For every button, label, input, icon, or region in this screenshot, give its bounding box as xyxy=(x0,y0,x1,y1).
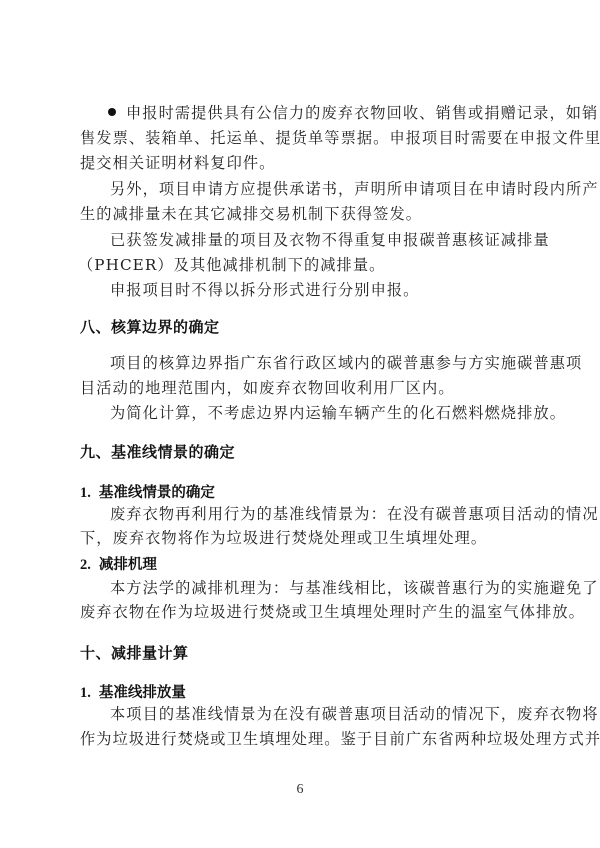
paragraph-line: 申报项目时不得以拆分形式进行分别申报。 xyxy=(110,280,520,300)
paragraph-line: 废弃衣物再利用行为的基准线情景为：在没有碳普惠项目活动的情况 xyxy=(110,504,520,524)
paragraph-line: 本项目的基准线情景为在没有碳普惠项目活动的情况下，废弃衣物将 xyxy=(110,704,520,724)
section-heading: 十、减排量计算 xyxy=(80,642,189,663)
section-heading: 九、基准线情景的确定 xyxy=(80,441,235,462)
paragraph-line: 已获签发减排量的项目及衣物不得重复申报碳普惠核证减排量 xyxy=(110,230,520,250)
paragraph-line: 下，废弃衣物将作为垃圾进行焚烧处理或卫生填埋处理。 xyxy=(80,528,520,548)
subsection-number: 1. xyxy=(80,485,91,501)
paragraph-line: 另外，项目申请方应提供承诺书，声明所申请项目在申请时段内所产 xyxy=(110,179,520,199)
paragraph-line: 提交相关证明材料复印件。 xyxy=(80,153,520,173)
subsection-number: 2. xyxy=(80,557,91,573)
subsection-title: 减排机理 xyxy=(99,557,157,573)
paragraph-line: （PHCER）及其他减排机制下的减排量。 xyxy=(78,255,518,275)
page-number: 6 xyxy=(0,782,600,798)
subsection-number: 1. xyxy=(80,685,91,701)
subsection-heading: 1.基准线情景的确定 xyxy=(80,481,215,502)
paragraph-line: 目活动的地理范围内，如废弃衣物回收利用厂区内。 xyxy=(80,378,520,398)
subsection-title: 基准线情景的确定 xyxy=(99,485,215,501)
paragraph-line: 售发票、装箱单、托运单、提货单等票据。申报项目时需要在申报文件里 xyxy=(80,128,520,148)
paragraph-line: 项目的核算边界指广东省行政区域内的碳普惠参与方实施碳普惠项 xyxy=(110,353,520,373)
section-heading: 八、核算边界的确定 xyxy=(80,316,220,337)
bullet-icon xyxy=(108,108,116,116)
paragraph-text: 申报时需提供具有公信力的废弃衣物回收、销售或捐赠记录，如销 xyxy=(126,104,598,122)
subsection-title: 基准线排放量 xyxy=(99,685,186,701)
subsection-heading: 2.减排机理 xyxy=(80,553,157,574)
paragraph-line: 本方法学的减排机理为：与基准线相比，该碳普惠行为的实施避免了 xyxy=(110,578,520,598)
bullet-paragraph-line: 申报时需提供具有公信力的废弃衣物回收、销售或捐赠记录，如销 xyxy=(108,103,548,123)
paragraph-line: 作为垃圾进行焚烧或卫生填埋处理。鉴于目前广东省两种垃圾处理方式并 xyxy=(80,729,520,749)
paragraph-line: 生的减排量未在其它减排交易机制下获得签发。 xyxy=(80,204,520,224)
paragraph-line: 为简化计算，不考虑边界内运输车辆产生的化石燃料燃烧排放。 xyxy=(110,403,520,423)
paragraph-line: 废弃衣物在作为垃圾进行焚烧或卫生填埋处理时产生的温室气体排放。 xyxy=(80,602,520,622)
subsection-heading: 1.基准线排放量 xyxy=(80,681,186,702)
